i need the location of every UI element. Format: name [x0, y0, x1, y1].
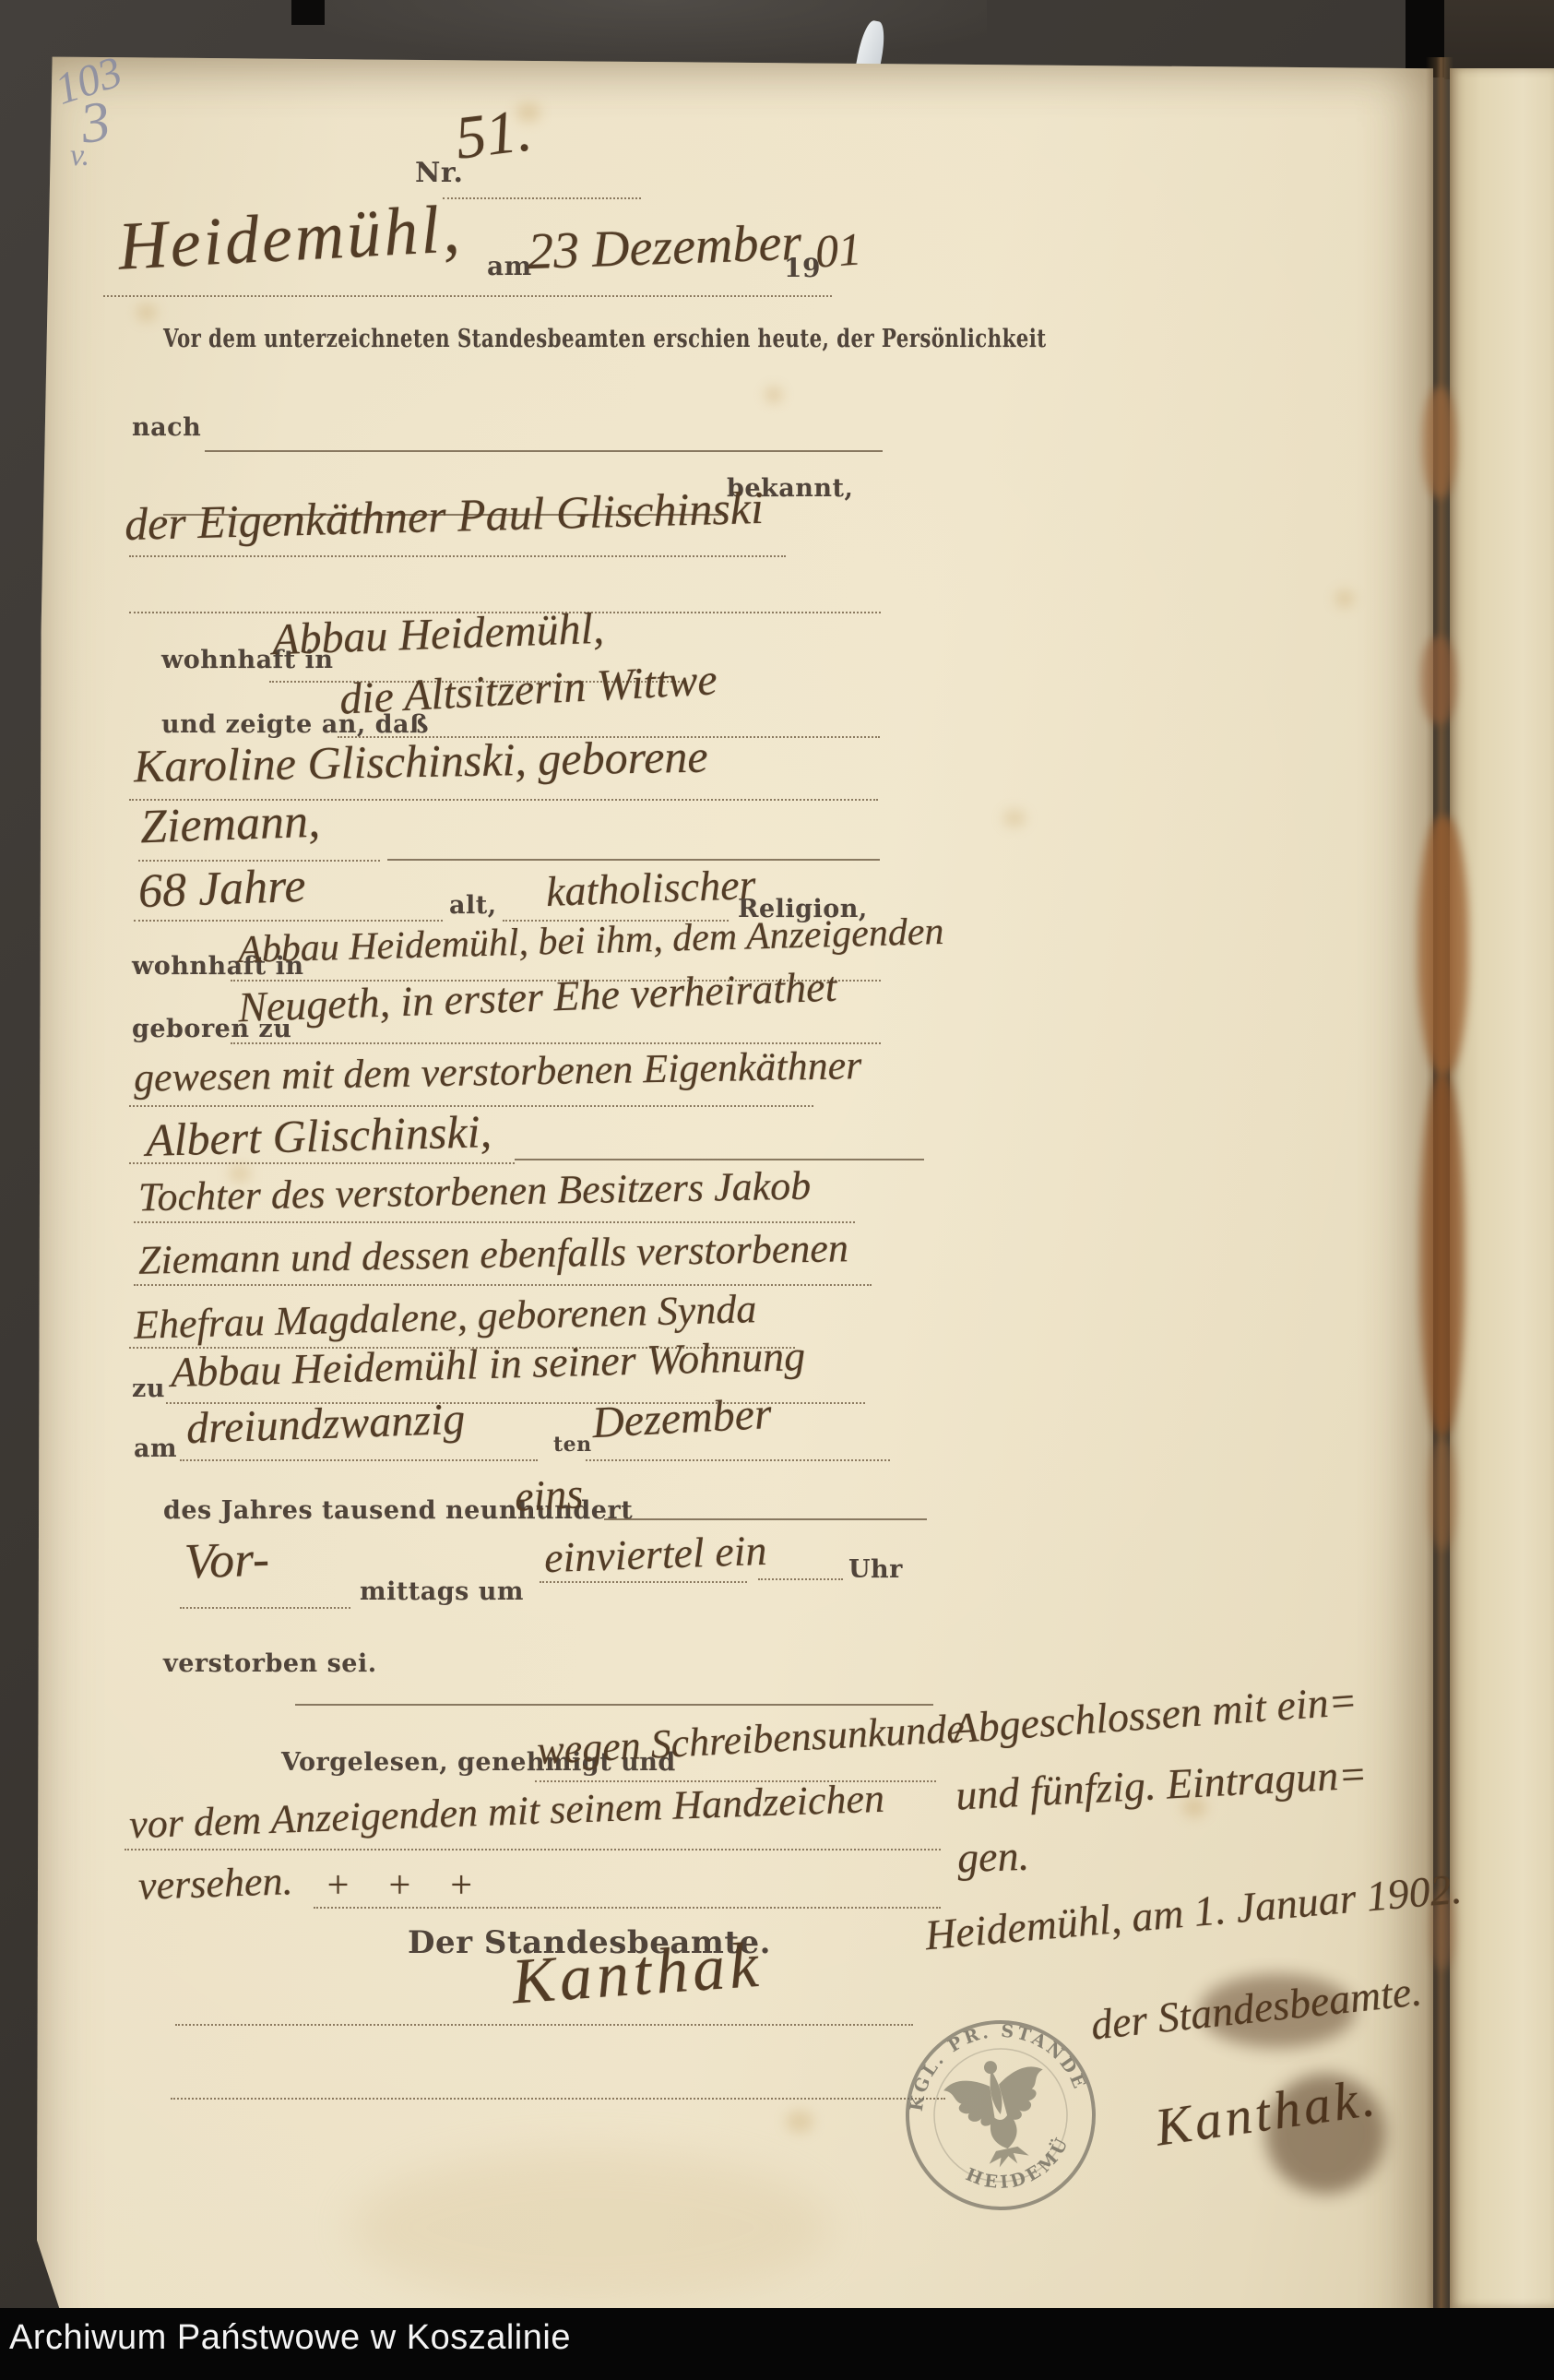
nach-label: nach	[132, 413, 201, 442]
book-slot-top	[291, 0, 325, 25]
facing-page-edge	[1450, 68, 1554, 2308]
form-rule	[443, 197, 641, 199]
verstorben-label: verstorben sei.	[163, 1649, 377, 1678]
mittags-label: mittags um	[360, 1577, 524, 1606]
deceased-name-entry: Karoline Glischinski, geborene	[134, 730, 709, 793]
husband-entry: Albert Glischinski,	[145, 1104, 492, 1167]
registry-year: 01	[813, 221, 863, 278]
time-entry: einviertel ein	[543, 1526, 767, 1582]
intro-text: Vor dem unterzeichneten Standesbeamten e…	[163, 325, 1046, 353]
water-stain	[350, 2149, 830, 2306]
death-month-entry: Dezember	[591, 1388, 773, 1448]
form-rule	[134, 1284, 872, 1286]
form-rule	[604, 1518, 927, 1520]
alt-label: alt,	[449, 891, 497, 920]
form-rule	[134, 1221, 855, 1223]
archive-caption-bar: Archiwum Państwowe w Koszalinie	[0, 2308, 1554, 2380]
rust-stain	[1421, 637, 1456, 724]
form-rule	[515, 1159, 924, 1160]
archive-name: Archiwum Państwowe w Koszalinie	[9, 2318, 571, 2358]
pencil-note: v.	[70, 138, 89, 173]
form-rule	[103, 295, 832, 297]
ink-smudge	[1199, 1974, 1356, 2048]
scanned-death-record: 103 3 v. Nr. 51. Heidemühl, am 23 Dezemb…	[0, 0, 1554, 2380]
foxing-spot	[1335, 590, 1354, 607]
rust-stain	[1423, 387, 1456, 498]
time-prefix-entry: Vor-	[184, 1529, 270, 1589]
foxing-spot	[786, 2111, 813, 2133]
am-label: am	[487, 251, 532, 281]
form-rule	[134, 920, 443, 922]
ten-label: ten	[553, 1433, 592, 1457]
death-day-entry: dreiundzwanzig	[185, 1394, 466, 1455]
form-rule	[295, 1704, 933, 1706]
uhr-label: Uhr	[848, 1555, 903, 1584]
foxing-spot	[136, 304, 157, 321]
form-rule	[205, 450, 883, 452]
backdrop-light-patch	[323, 0, 987, 65]
rust-stain	[1418, 816, 1468, 1075]
attestation-entry-3: versehen.	[137, 1857, 293, 1910]
form-rule	[758, 1578, 843, 1580]
official-stamp: KGL. PR. STANDESAMT HEIDEMÜHL	[877, 1992, 1124, 2239]
death-year-entry: eins	[514, 1469, 585, 1521]
foxing-spot	[765, 387, 782, 402]
age-entry: 68 Jahre	[137, 859, 306, 919]
registry-date: 23 Dezember	[527, 213, 802, 281]
death-day-label: am	[134, 1434, 177, 1463]
form-rule	[125, 1849, 941, 1850]
record-number: 51.	[452, 95, 536, 173]
form-rule	[180, 1607, 350, 1609]
rust-stain	[1429, 1439, 1456, 1550]
ink-smudge	[1265, 2074, 1385, 2194]
form-rule	[314, 1907, 941, 1909]
form-rule	[175, 2024, 913, 2026]
religion-entry: katholischer	[545, 860, 756, 916]
closing-note-line-3: gen.	[956, 1831, 1030, 1883]
rust-stain	[1420, 1075, 1465, 1434]
handzeichen-marks: + + +	[325, 1863, 487, 1908]
form-rule	[171, 2098, 945, 2100]
foxing-spot	[1003, 810, 1026, 827]
form-rule	[586, 1459, 890, 1461]
nr-label: Nr.	[415, 157, 463, 189]
form-rule	[180, 1459, 538, 1461]
form-rule	[129, 1162, 515, 1164]
form-rule	[129, 555, 786, 557]
form-rule	[540, 1581, 747, 1583]
death-place-label: zu	[132, 1374, 165, 1403]
form-rule	[387, 859, 880, 861]
maiden-name-entry: Ziemann,	[139, 794, 321, 855]
